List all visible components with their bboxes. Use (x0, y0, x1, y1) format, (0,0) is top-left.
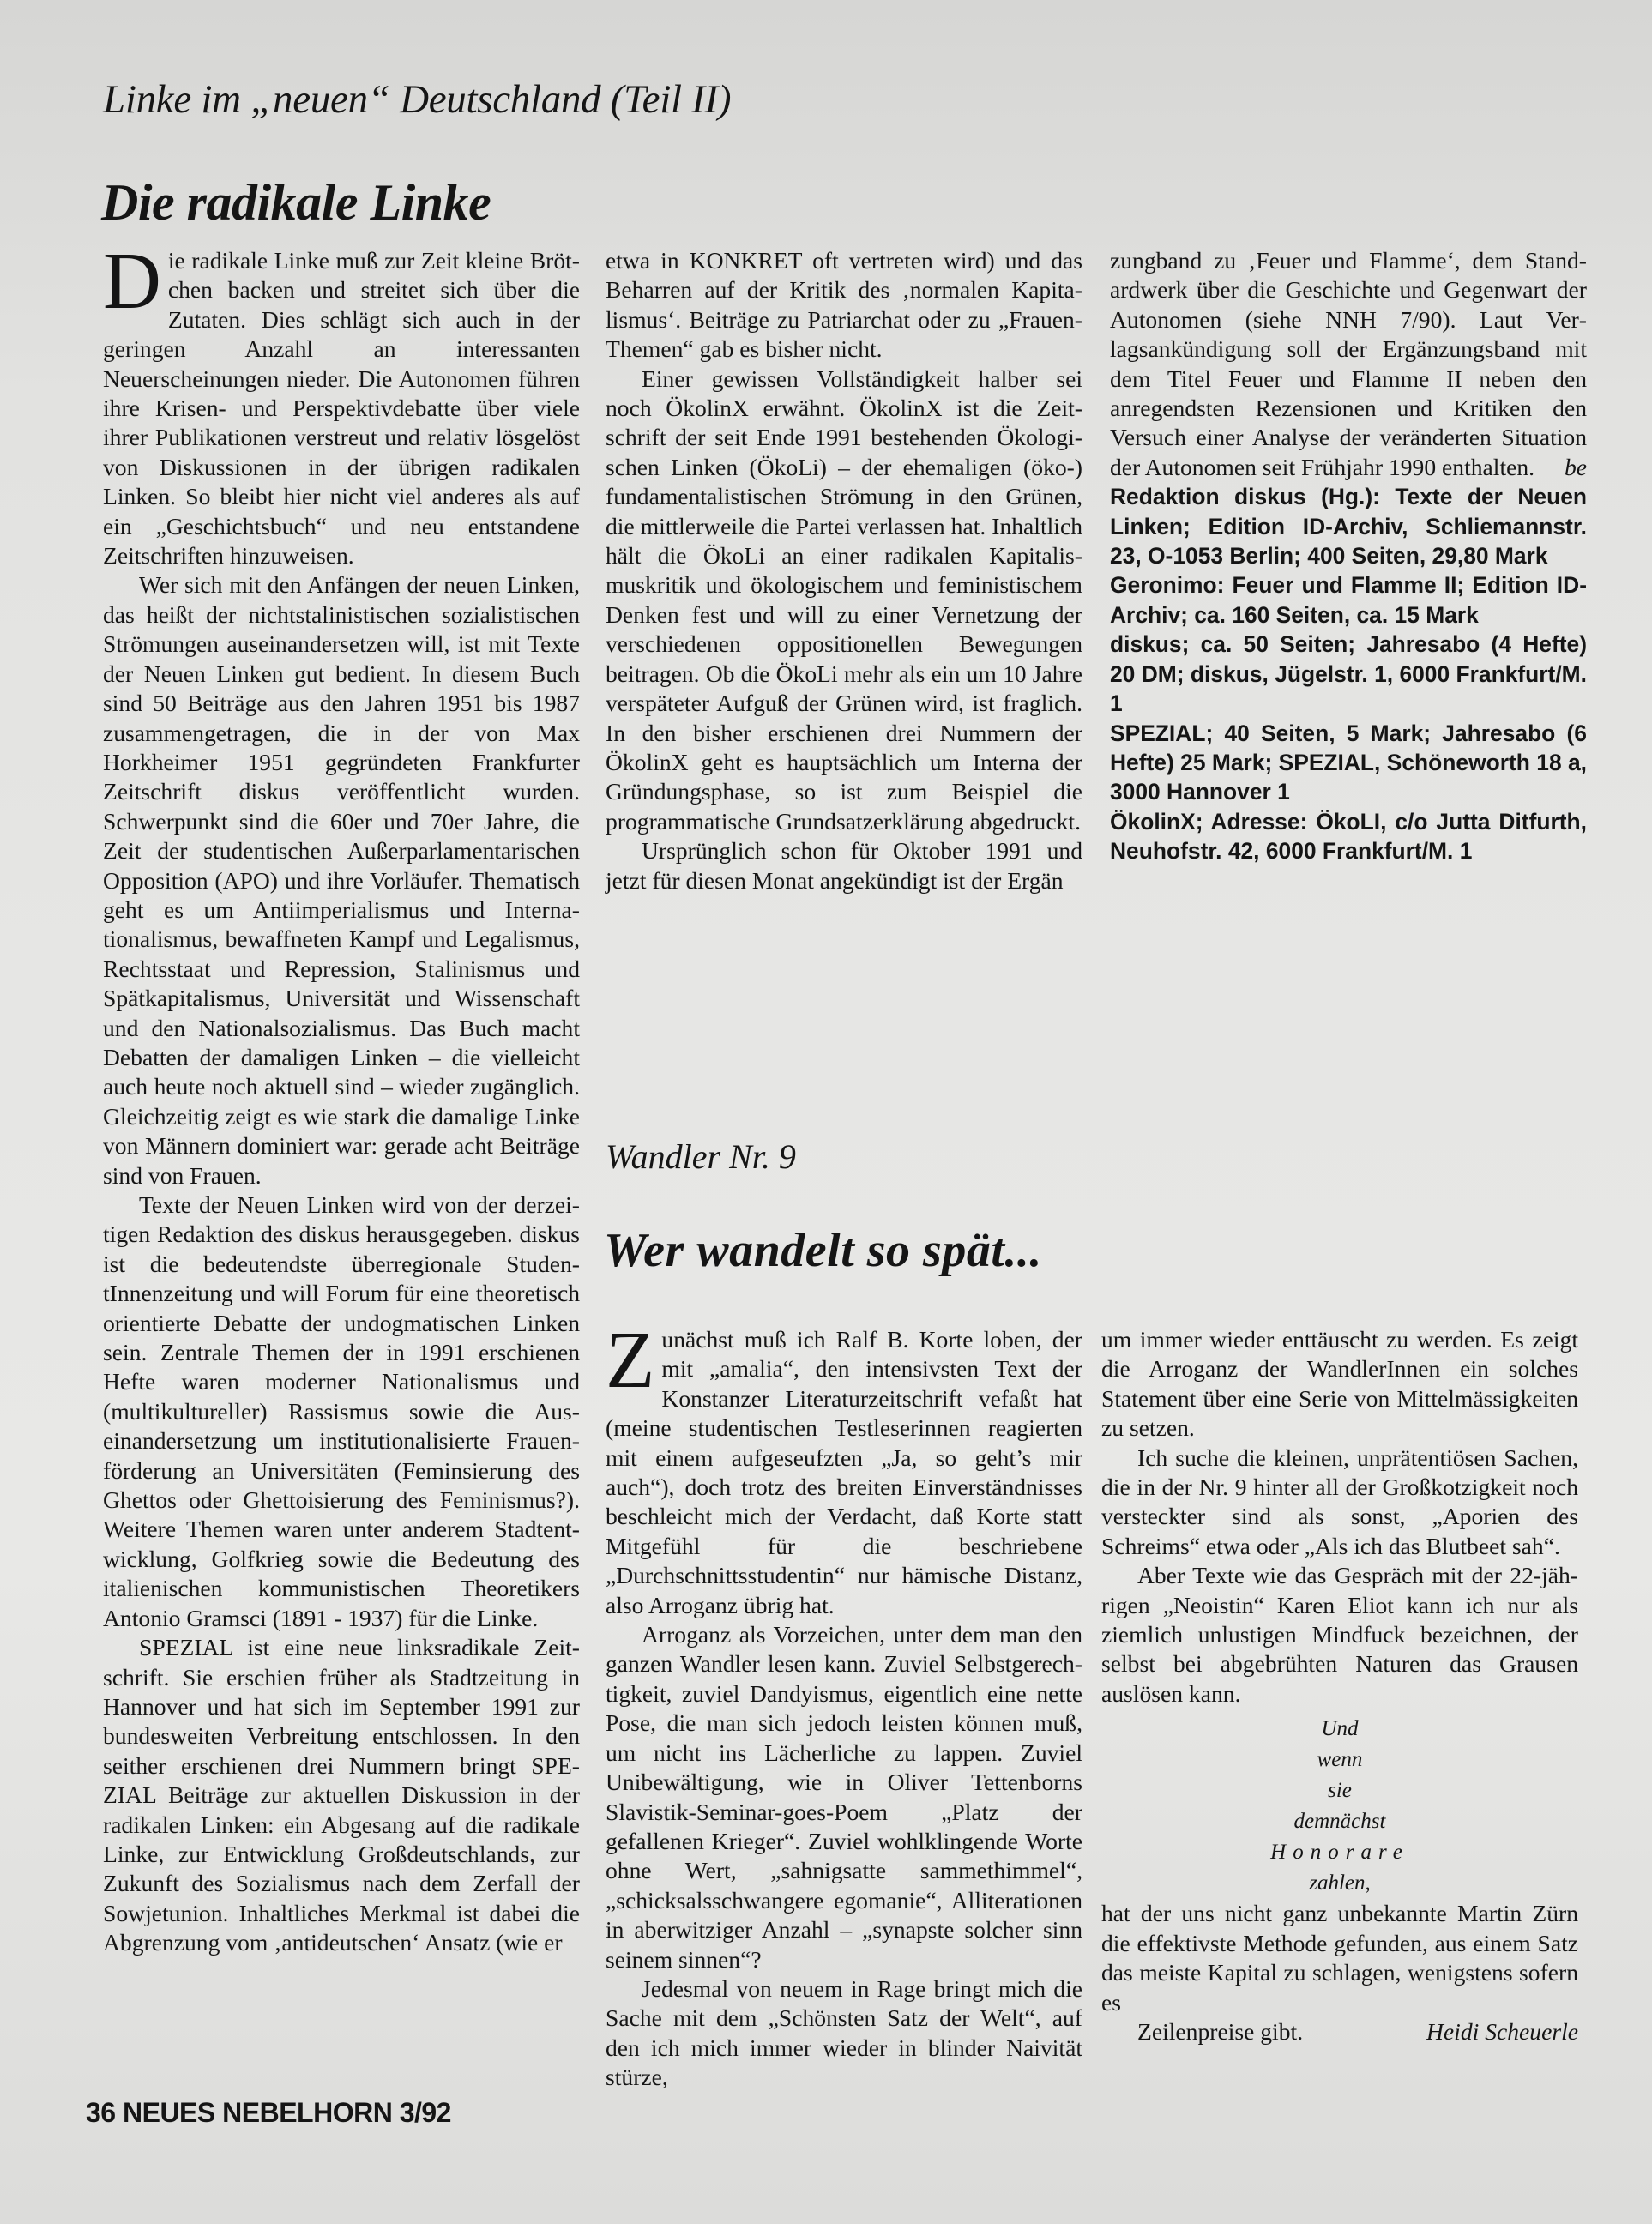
reference-list: Redaktion diskus (Hg.): Texte der Neuen … (1110, 482, 1587, 865)
article2-paragraph: Aber Texte wie das Gespräch mit der 22-j… (1101, 1561, 1578, 1709)
issue-number: 3/92 (400, 2097, 451, 2128)
article2-column-1: Zunächst muß ich Ralf B. Korte loben, de… (606, 1325, 1082, 2093)
article2-paragraph: Arroganz als Vorzeichen, unter dem man d… (606, 1620, 1082, 1974)
publication-name: NEUES NEBELHORN (123, 2097, 392, 2128)
article1-paragraph: Die radikale Linke muß zur Zeit kleine B… (103, 246, 580, 570)
article1-paragraph: Wer sich mit den Anfängen der neuen Lin­… (103, 570, 580, 1190)
reference-item: ÖkolinX; Adresse: ÖkoLI, c/o Jutta Dit­f… (1110, 807, 1587, 866)
article2-kicker: Wandler Nr. 9 (606, 1136, 796, 1178)
page-footer: 36 NEUES NEBELHORN 3/92 (86, 2095, 451, 2130)
closing-last-line: Zeilenpreise gibt. (1101, 2017, 1303, 2046)
reference-item: Geronimo: Feuer und Flamme II; Edition I… (1110, 570, 1587, 630)
article2-signoff-row: Zeilenpreise gibt. Heidi Scheuerle (1101, 2017, 1578, 2046)
page-number: 36 (86, 2097, 116, 2128)
article1-paragraph: zungband zu ‚Feuer und Flamme‘, dem Stan… (1110, 246, 1587, 482)
poem-line: Honorare (1101, 1837, 1578, 1868)
poem-line: sie (1101, 1775, 1578, 1806)
article1-kicker: Linke im „neuen“ Deutschland (Teil II) (103, 75, 731, 124)
poem-line: demnächst (1101, 1806, 1578, 1837)
article1-column-3: zungband zu ‚Feuer und Flamme‘, dem Stan… (1110, 246, 1587, 866)
article2-author: Heidi Scheuerle (1390, 2017, 1578, 2046)
article2-paragraph: Jedesmal von neuem in Rage bringt mich d… (606, 1974, 1082, 2093)
article1-paragraph: SPEZIAL ist eine neue linksradikale Zeit… (103, 1633, 580, 1957)
article1-column-2: etwa in KONKRET oft vertreten wird) und … (606, 246, 1082, 895)
article1-paragraph: etwa in KONKRET oft vertreten wird) und … (606, 246, 1082, 365)
poem-block: Und wenn sie demnächst Honorare zahlen, (1101, 1714, 1578, 1899)
article1-paragraph: Einer gewissen Vollständigkeit halber se… (606, 365, 1082, 837)
reference-item: SPEZIAL; 40 Seiten, 5 Mark; Jahresabo (6… (1110, 719, 1587, 807)
dropcap: Z (606, 1330, 654, 1390)
reference-item: diskus; ca. 50 Seiten; Jahresabo (4 Hef­… (1110, 630, 1587, 718)
article1-paragraph: Texte der Neuen Linken wird von der derz… (103, 1190, 580, 1633)
article2-column-2: um immer wieder enttäuscht zu werden. Es… (1101, 1325, 1578, 2046)
magazine-page: Linke im „neuen“ Deutschland (Teil II) D… (0, 0, 1652, 2224)
poem-line: zahlen, (1101, 1868, 1578, 1899)
article1-title: Die radikale Linke (101, 172, 491, 233)
reference-item: Redaktion diskus (Hg.): Texte der Neuen … (1110, 482, 1587, 570)
article2-paragraph: Ich suche die kleinen, unprätentiösen Sa… (1101, 1443, 1578, 1562)
article2-title: Wer wandelt so spät... (604, 1222, 1042, 1279)
poem-line: Und (1101, 1714, 1578, 1745)
poem-line: wenn (1101, 1745, 1578, 1775)
article2-paragraph: um immer wieder enttäuscht zu werden. Es… (1101, 1325, 1578, 1443)
article2-closing: hat der uns nicht ganz unbekannte Martin… (1101, 1899, 1578, 2017)
dropcap: D (103, 251, 161, 311)
article1-column-1: Die radikale Linke muß zur Zeit kleine B… (103, 246, 580, 1958)
article2-paragraph: Zunächst muß ich Ralf B. Korte loben, de… (606, 1325, 1082, 1620)
article1-paragraph: Ursprünglich schon für Oktober 1991 und … (606, 836, 1082, 895)
